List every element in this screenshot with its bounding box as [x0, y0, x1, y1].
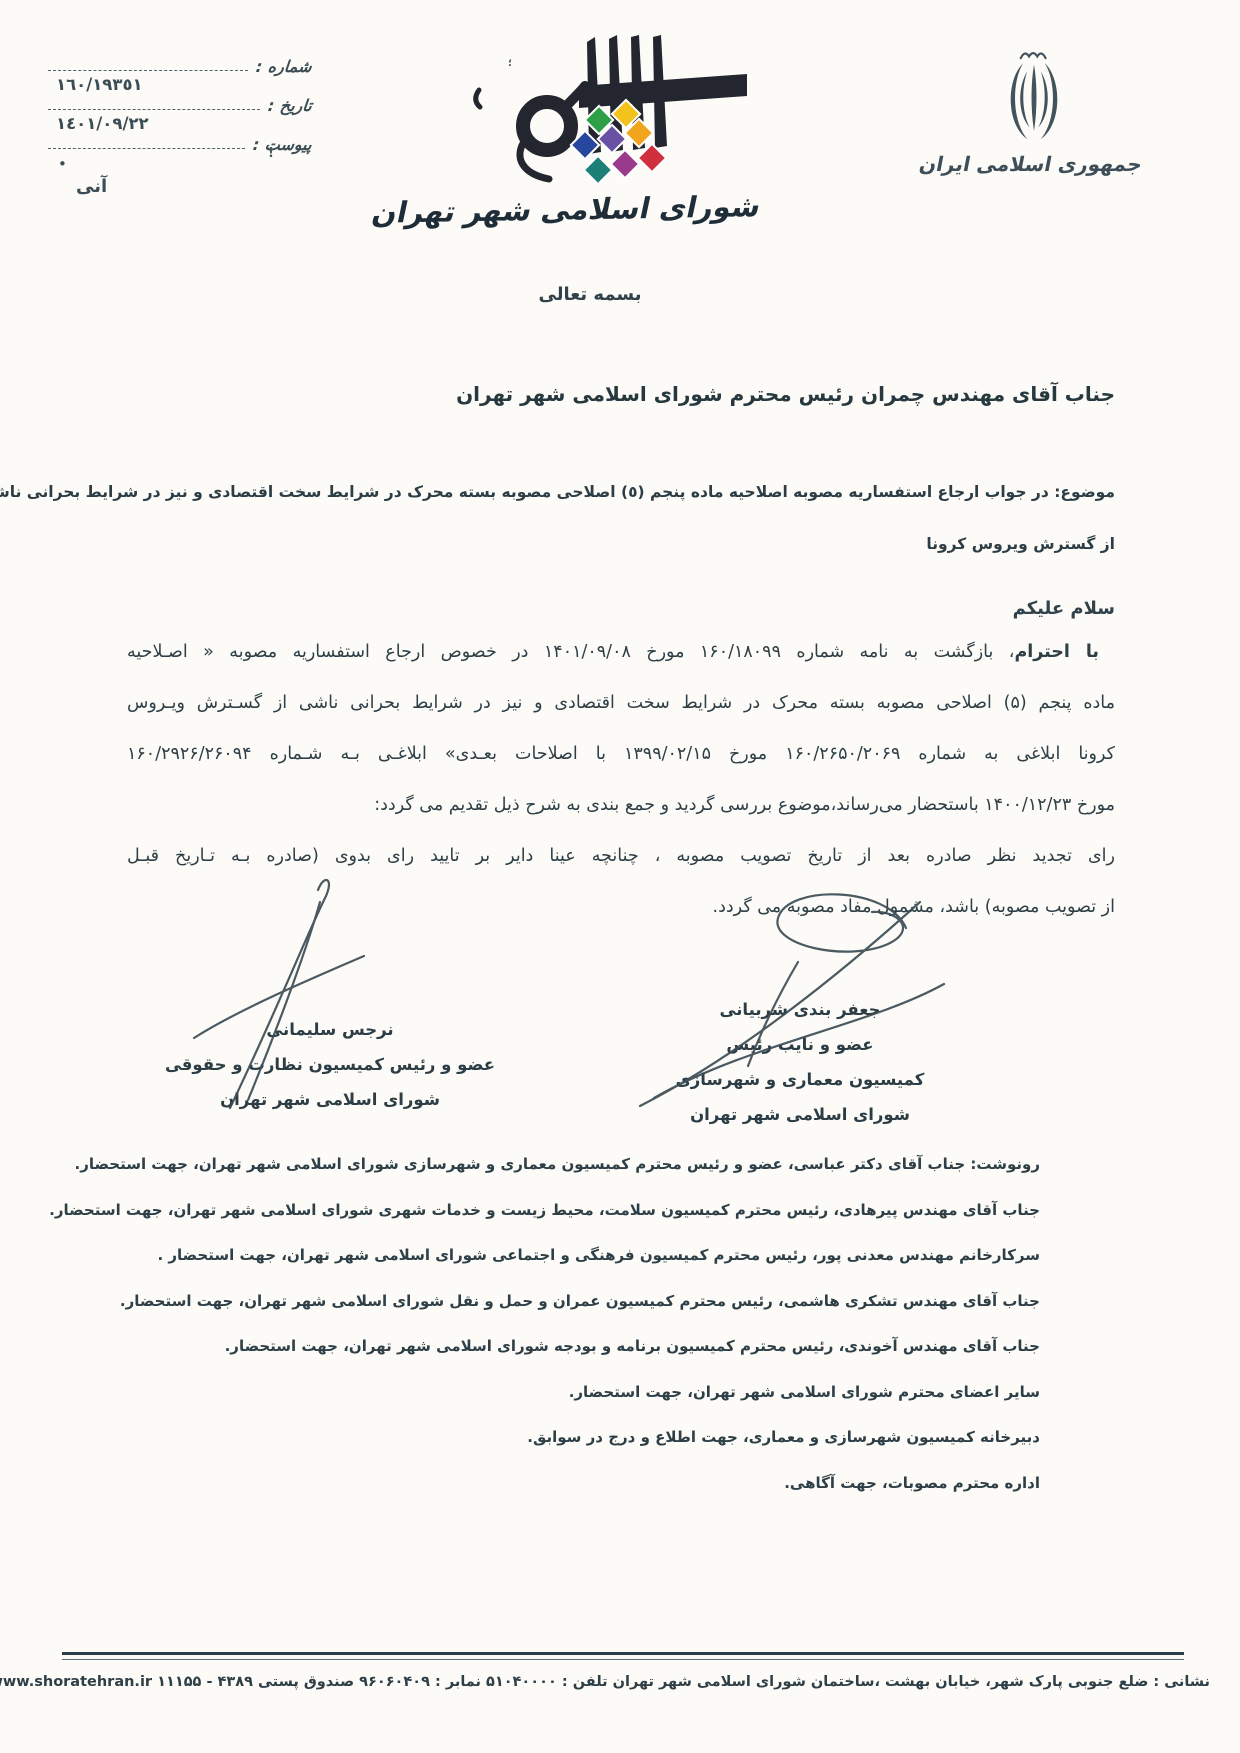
scan-speck: ؛	[508, 58, 512, 69]
salutation: سلام علیکم	[127, 598, 1115, 619]
council-logo: شورای اسلامی شهر تهران	[428, 34, 760, 226]
ref-date-value: ١٤٠١/٠٩/٢٢	[44, 114, 312, 133]
body-line: ماده پنجم (۵) اصلاحی مصوبه بسته محرک در …	[127, 678, 1115, 729]
footer-address: نشانی : ضلع جنوبی پارک شهر، خیابان بهشت …	[30, 1674, 1210, 1690]
iran-emblem-icon	[986, 48, 1082, 146]
cc-list: رونوشت: جناب آقای دکتر عباسی، عضو و رئیس…	[49, 1142, 1040, 1506]
logo-diamonds	[571, 100, 666, 184]
footer-divider	[62, 1652, 1184, 1660]
footer-address-text: نشانی : ضلع جنوبی پارک شهر، خیابان بهشت …	[157, 1674, 1210, 1690]
urgency-stamp: آنی	[44, 176, 312, 197]
ref-date-label: تاریخ :	[267, 96, 313, 115]
ref-number: شماره : ١٦٠/١٩٣٥١	[44, 56, 312, 94]
footer-website: www.shoratehran.ir	[0, 1674, 152, 1690]
body-lead: با احترام	[1014, 642, 1099, 662]
subject-line: از گسترش ویروس کرونا	[128, 518, 1115, 570]
cc-line: دبیرخانه کمیسیون شهرسازی و معماری، جهت ا…	[49, 1415, 1040, 1461]
ref-number-label: شماره :	[255, 57, 313, 76]
scan-speck: !	[268, 146, 274, 161]
ref-date: تاریخ : ١٤٠١/٠٩/٢٢	[44, 95, 312, 133]
ref-attachment-dashes	[48, 134, 245, 149]
body-line: مورخ ۱۴۰۰/۱۲/۲۳ باستحضار می‌رساند،موضوع …	[127, 780, 1115, 831]
body-line: با احترام، بازگشت به نامه شماره ۱۶۰/۱۸۰۹…	[127, 627, 1115, 678]
handwritten-signature-right-icon	[588, 866, 958, 1136]
cc-line: سایر اعضای محترم شورای اسلامی شهر تهران،…	[49, 1370, 1040, 1416]
handwritten-signature-left-icon	[168, 872, 378, 1132]
body-line-text: ، بازگشت به نامه شماره ۱۶۰/۱۸۰۹۹ مورخ ۱۴…	[127, 642, 1014, 662]
cc-line: جناب آقای مهندس آخوندی، رئیس محترم کمیسی…	[49, 1324, 1040, 1370]
besmellah: بسمه تعالی	[0, 284, 1180, 305]
iran-emblem-caption: جمهوری اسلامی ایران	[924, 152, 1145, 176]
iran-emblem: جمهوری اسلامی ایران	[926, 48, 1142, 176]
reference-block: شماره : ١٦٠/١٩٣٥١ تاریخ : ١٤٠١/٠٩/٢٢ پیو…	[44, 56, 312, 197]
ref-date-dashes	[48, 95, 260, 110]
subject-block: موضوع: در جواب ارجاع استفساریه مصوبه اصل…	[128, 466, 1115, 570]
ref-number-dashes	[48, 56, 248, 71]
council-logo-title: شورای اسلامی شهر تهران	[424, 189, 765, 229]
cc-line: جناب آقای مهندس پیرهادی، رئیس محترم کمیس…	[49, 1188, 1040, 1234]
cc-line: رونوشت: جناب آقای دکتر عباسی، عضو و رئیس…	[49, 1142, 1040, 1188]
addressee-line: جناب آقای مهندس چمران رئیس محترم شورای ا…	[456, 382, 1115, 406]
cc-line: جناب آقای مهندس تشکری هاشمی، رئیس محترم …	[49, 1279, 1040, 1325]
ref-number-value: ١٦٠/١٩٣٥١	[44, 75, 312, 94]
body-line: کرونا ابلاغی به شماره ۱۶۰/۲۶۵۰/۲۰۶۹ مورخ…	[127, 729, 1115, 780]
cc-line: سرکارخانم مهندس معدنی پور، رئیس محترم کم…	[49, 1233, 1040, 1279]
ref-attachment-label: پیوست :	[252, 135, 313, 154]
subject-line: موضوع: در جواب ارجاع استفساریه مصوبه اصل…	[128, 466, 1115, 518]
cc-line: اداره محترم مصوبات، جهت آگاهی.	[49, 1461, 1040, 1507]
council-logo-icon	[429, 34, 759, 194]
logo-accent-mark	[476, 90, 480, 107]
scanned-letter-page: شماره : ١٦٠/١٩٣٥١ تاریخ : ١٤٠١/٠٩/٢٢ پیو…	[0, 0, 1240, 1753]
